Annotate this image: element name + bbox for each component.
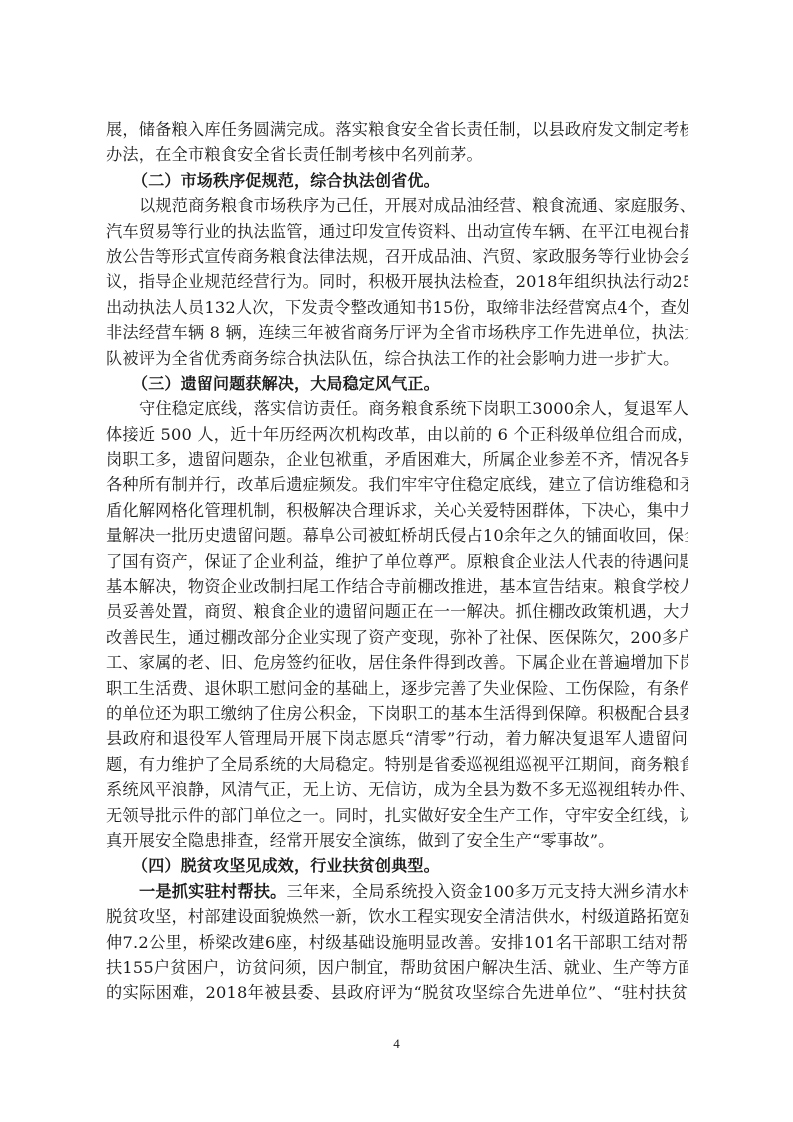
text-line: 非法经营车辆 8 辆，连续三年被省商务厅评为全省市场秩序工作先进单位，执法大 [106, 320, 688, 345]
section-heading: （四）脱贫攻坚见成效，行业扶贫创典型。 [106, 853, 688, 878]
text-line: 脱贫攻坚，村部建设面貌焕然一新，饮水工程实现安全清洁供水，村级道路拓宽延 [106, 904, 688, 929]
text-line: 职工生活费、退休职工慰问金的基础上，逐步完善了失业保险、工伤保险，有条件 [106, 676, 688, 701]
text-line: 队被评为全省优秀商务综合执法队伍，综合执法工作的社会影响力进一步扩大。 [106, 346, 688, 371]
text-line: 题，有力维护了全局系统的大局稳定。特别是省委巡视组巡视平江期间，商务粮食 [106, 752, 688, 777]
text-line: 体接近 500 人，近十年历经两次机构改革，由以前的 6 个正科级单位组合而成，… [106, 422, 688, 447]
text-line: 议，指导企业规范经营行为。同时，积极开展执法检查，2018年组织执法行动25次， [106, 269, 688, 294]
paragraph-first-line: 以规范商务粮食市场秩序为己任，开展对成品油经营、粮食流通、家庭服务、 [106, 193, 688, 218]
page-number: 4 [0, 1036, 793, 1052]
text-line: 盾化解网格化管理机制，积极解决合理诉求，关心关爱特困群体，下决心，集中力 [106, 498, 688, 523]
text-line: 系统风平浪静，风清气正，无上访、无信访，成为全县为数不多无巡视组转办件、 [106, 777, 688, 802]
document-page-body: 展，储备粮入库任务圆满完成。落实粮食安全省长责任制，以县政府发文制定考核 办法，… [106, 117, 688, 1006]
text-line: 各种所有制并行，改革后遗症频发。我们牢牢守住稳定底线，建立了信访维稳和矛 [106, 472, 688, 497]
paragraph-first-line: 守住稳定底线，落实信访责任。商务粮食系统下岗职工3000余人，复退军人群 [106, 396, 688, 421]
text-line: 出动执法人员132人次，下发责令整改通知书15份，取缔非法经营窝点4个，查处 [106, 295, 688, 320]
bold-lead-phrase: 一是抓实驻村帮扶。 [139, 882, 287, 901]
text-line: 扶155户贫困户，访贫问须，因户制宜，帮助贫困户解决生活、就业、生产等方面 [106, 955, 688, 980]
text-line: 无领导批示件的部门单位之一。同时，扎实做好安全生产工作，守牢安全红线，认 [106, 803, 688, 828]
text-line: 放公告等形式宣传商务粮食法律法规，召开成品油、汽贸、家政服务等行业协会会 [106, 244, 688, 269]
paragraph-first-line: 一是抓实驻村帮扶。三年来，全局系统投入资金100多万元支持大洲乡清水村 [106, 879, 688, 904]
text-line: 量解决一批历史遗留问题。幕阜公司被虹桥胡氏侵占10余年之久的铺面收回，保全 [106, 523, 688, 548]
text-line: 汽车贸易等行业的执法监管，通过印发宣传资料、出动宣传车辆、在平江电视台播 [106, 219, 688, 244]
text-line: 真开展安全隐患排查，经常开展安全演练，做到了安全生产“零事故”。 [106, 828, 688, 853]
text-line: 的实际困难，2018年被县委、县政府评为“脱贫攻坚综合先进单位”、“驻村扶贫 [106, 980, 688, 1005]
text-line: 员妥善处置，商贸、粮食企业的遗留问题正在一一解决。抓住棚改政策机遇，大力 [106, 599, 688, 624]
text-line: 伸7.2公里，桥梁改建6座，村级基础设施明显改善。安排101名干部职工结对帮 [106, 930, 688, 955]
text-line: 改善民生，通过棚改部分企业实现了资产变现，弥补了社保、医保陈欠，200多户职 [106, 625, 688, 650]
section-heading: （二）市场秩序促规范，综合执法创省优。 [106, 168, 688, 193]
section-heading: （三）遗留问题获解决，大局稳定风气正。 [106, 371, 688, 396]
text-line: 岗职工多，遗留问题杂，企业包袱重，矛盾困难大，所属企业参差不齐，情况各异， [106, 447, 688, 472]
text-line: 了国有资产，保证了企业利益，维护了单位尊严。原粮食企业法人代表的待遇问题 [106, 549, 688, 574]
text-line: 基本解决，物资企业改制扫尾工作结合寺前棚改推进，基本宣告结束。粮食学校人 [106, 574, 688, 599]
text-line: 的单位还为职工缴纳了住房公积金，下岗职工的基本生活得到保障。积极配合县委、 [106, 701, 688, 726]
text-line: 办法，在全市粮食安全省长责任制考核中名列前茅。 [106, 142, 688, 167]
text-run: 三年来，全局系统投入资金100多万元支持大洲乡清水村 [287, 882, 689, 901]
text-line: 展，储备粮入库任务圆满完成。落实粮食安全省长责任制，以县政府发文制定考核 [106, 117, 688, 142]
text-line: 县政府和退役军人管理局开展下岗志愿兵“清零”行动，着力解决复退军人遗留问 [106, 726, 688, 751]
text-line: 工、家属的老、旧、危房签约征收，居住条件得到改善。下属企业在普遍增加下岗 [106, 650, 688, 675]
